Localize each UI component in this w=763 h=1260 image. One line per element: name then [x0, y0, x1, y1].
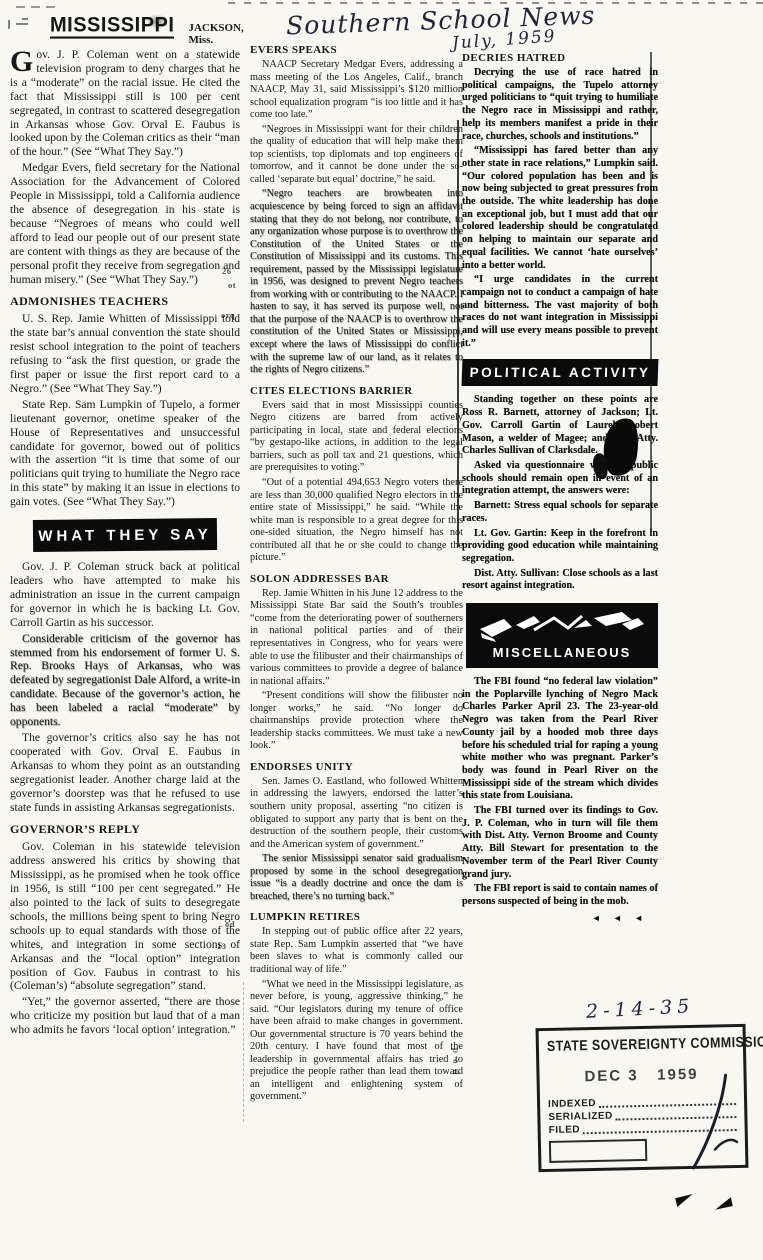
banner-political-activity: POLITICAL ACTIVITY	[462, 359, 659, 386]
paragraph: Gov. Coleman in his statewide television…	[10, 840, 240, 993]
lead-text: ov. J. P. Coleman went on a statewide te…	[10, 48, 240, 158]
paragraph: U. S. Rep. Jamie Whitten of Mississippi …	[10, 312, 240, 395]
handwritten-checkmark	[677, 1071, 743, 1172]
banner-what-they-say: WHAT THEY SAY	[33, 518, 217, 552]
heading-decries-hatred: DECRIES HATRED	[462, 52, 658, 64]
sovereignty-commission-stamp: STATE SOVEREIGNTY COMMISSION DEC 3 1959 …	[536, 1024, 749, 1172]
end-of-article-mark: ◄ ◄ ◄	[462, 913, 648, 923]
paragraph: Standing together on these points are Ro…	[462, 394, 658, 458]
paragraph: Dist. Atty. Sullivan: Close schools as a…	[462, 568, 658, 593]
heading-endorses-unity: ENDORSES UNITY	[250, 761, 463, 773]
paragraph: The governor’s critics also say he has n…	[10, 731, 240, 814]
stamp-field-label: FILED	[549, 1123, 581, 1137]
paragraph: Evers said that in most Mississippi coun…	[250, 400, 463, 475]
paragraph: Sen. James O. Eastland, who followed Whi…	[250, 776, 463, 851]
paragraph: “What we need in the Mississippi legisla…	[250, 979, 463, 1104]
paragraph: Decrying the use of race hatred in polit…	[462, 67, 658, 143]
paragraph: “I urge candidates in the current campai…	[462, 274, 658, 350]
paragraph: In stepping out of public office after 2…	[250, 926, 463, 976]
stamp-title: STATE SOVEREIGNTY COMMISSION	[547, 1036, 709, 1055]
paragraph: Medgar Evers, field secretary for the Na…	[10, 161, 240, 286]
stamp-field-label: INDEXED	[548, 1097, 596, 1111]
stamp-signature-box	[549, 1139, 647, 1163]
dropcap: G	[10, 49, 33, 74]
print-artifact-wedge	[675, 1194, 695, 1207]
paragraph: “Out of a potential 494,653 Negro voters…	[250, 477, 463, 565]
paragraph: “Yet,” the governor asserted, “there are…	[10, 995, 240, 1037]
torn-edge-artifact	[16, 6, 60, 8]
paragraph: The FBI turned over its findings to Gov.…	[462, 805, 658, 881]
paragraph: State Rep. Sam Lumpkin of Tupelo, a form…	[10, 398, 240, 509]
heading-lumpkin-retires: LUMPKIN RETIRES	[250, 911, 463, 923]
paragraph: The senior Mississippi senator said grad…	[250, 853, 463, 903]
paragraph: Asked via questionnaire whether public s…	[462, 460, 658, 498]
print-artifact-wedge	[713, 1197, 732, 1210]
paragraph: “Present conditions will show the filibu…	[250, 690, 463, 753]
lead-paragraph: Gov. J. P. Coleman went on a statewide t…	[10, 48, 240, 159]
paragraph: Barnett: Stress equal schools for separa…	[462, 500, 658, 525]
dateline: JACKSON, Miss.	[188, 22, 243, 46]
heading-governors-reply: GOVERNOR’S REPLY	[10, 822, 240, 837]
paragraph: Gov. J. P. Coleman struck back at politi…	[10, 560, 240, 630]
paragraph: “Mississippi has fared better than any o…	[462, 145, 658, 272]
banner-miscellaneous: MISCELLANEOUS	[466, 603, 658, 668]
paragraph: “Negro teachers are browbeaten into acqu…	[250, 188, 463, 376]
scattered-papers-icon	[476, 609, 648, 643]
heading-admonishes-teachers: ADMONISHES TEACHERS	[10, 294, 240, 309]
paragraph: Lt. Gov. Gartin: Keep in the forefront i…	[462, 528, 658, 566]
stamp-field-label: SERIALIZED	[548, 1110, 613, 1124]
column-center: EVERS SPEAKS NAACP Secretary Medgar Ever…	[250, 36, 463, 1106]
fold-line	[243, 982, 244, 1122]
heading-evers-speaks: EVERS SPEAKS	[250, 44, 463, 56]
paragraph: The FBI report is said to contain names …	[462, 883, 658, 908]
paragraph: Rep. Jamie Whitten in his June 12 addres…	[250, 588, 463, 688]
paragraph: “Negroes in Mississippi want for their c…	[250, 124, 463, 187]
handwritten-file-number: 2-14-35	[585, 995, 694, 1023]
paragraph: The FBI found “no federal law violation”…	[462, 676, 658, 803]
column-left: MISSISSIPPI JACKSON, Miss. Gov. J. P. Co…	[10, 14, 240, 1039]
column-right: DECRIES HATRED Decrying the use of race …	[462, 44, 658, 923]
banner-miscellaneous-label: MISCELLANEOUS	[474, 645, 650, 660]
heading-solon-addresses-bar: SOLON ADDRESSES BAR	[250, 573, 463, 585]
section-headline: MISSISSIPPI	[50, 13, 174, 38]
paragraph: NAACP Secretary Medgar Evers, addressing…	[250, 59, 463, 122]
paragraph: Considerable criticism of the governor h…	[10, 632, 240, 729]
masthead: MISSISSIPPI JACKSON, Miss.	[10, 14, 240, 46]
heading-cites-elections-barrier: CITES ELECTIONS BARRIER	[250, 385, 463, 397]
newspaper-clipping-scan: 26 ot orq od 13 pod Southern School News…	[0, 0, 763, 1260]
